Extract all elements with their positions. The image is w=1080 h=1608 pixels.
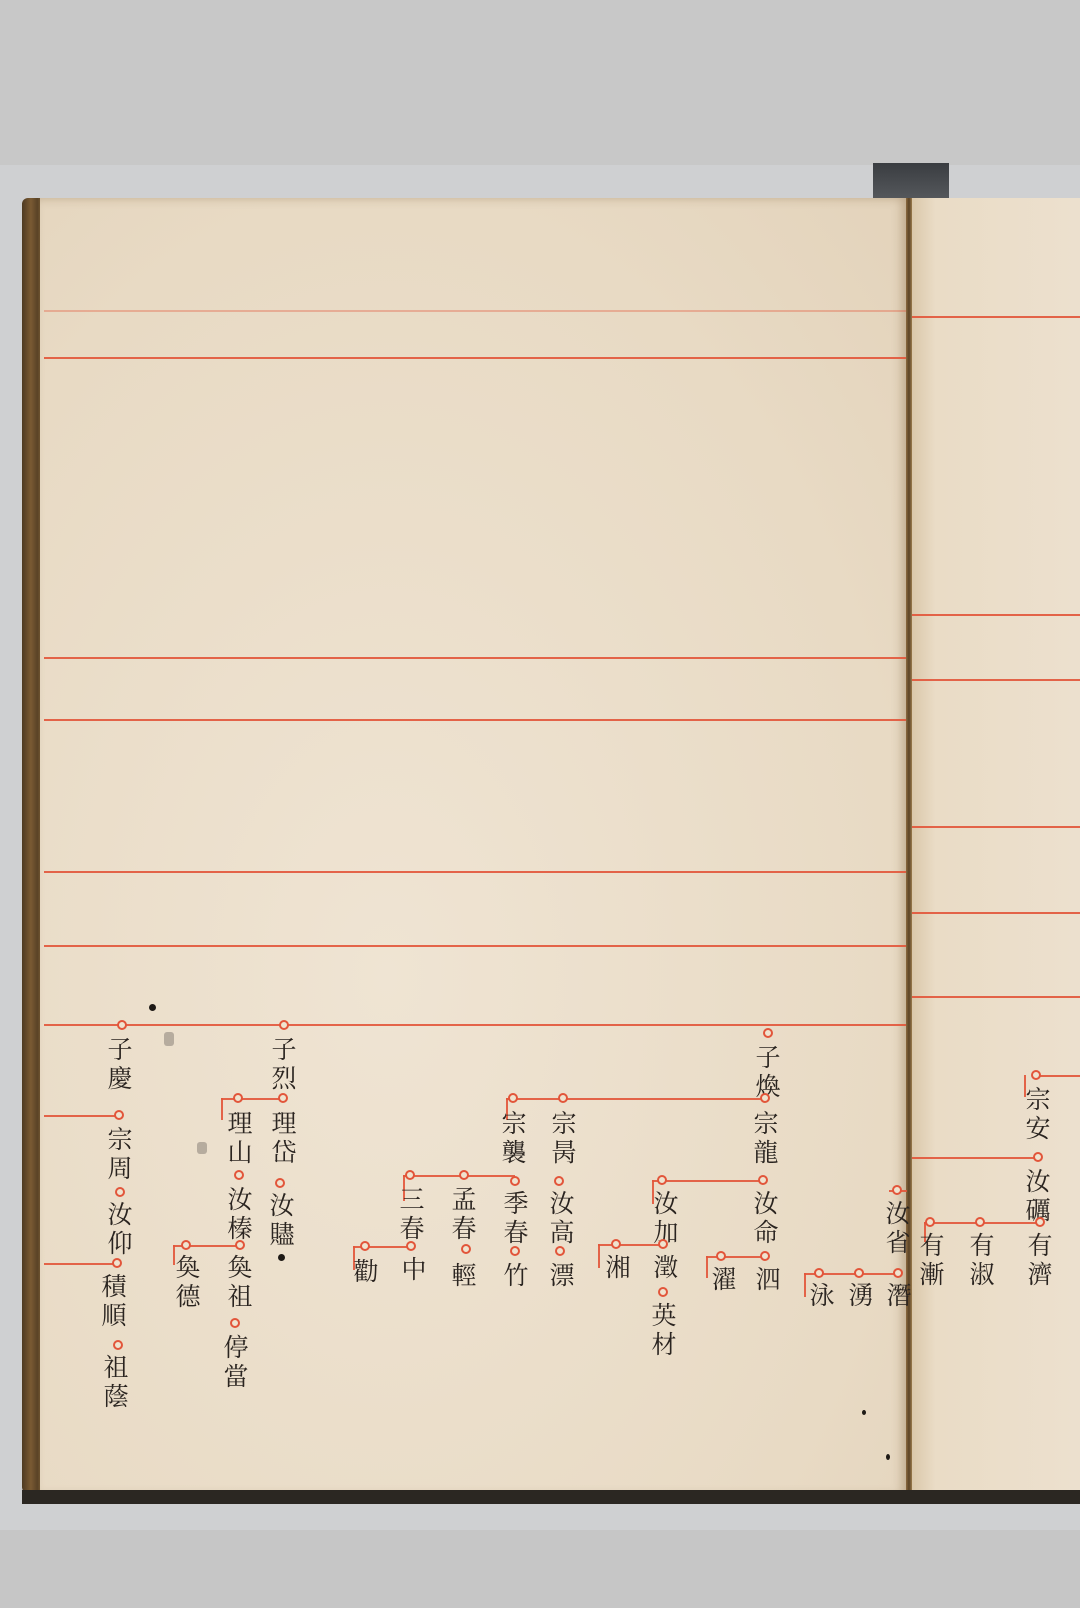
person-name: 有淑	[968, 1232, 993, 1290]
person-name: 宗龍	[752, 1110, 777, 1168]
node	[233, 1093, 243, 1103]
ruled-line	[44, 871, 906, 873]
node	[360, 1241, 370, 1251]
connector	[44, 1263, 116, 1265]
person-name: 汝高	[548, 1190, 573, 1248]
node	[760, 1093, 770, 1103]
connector	[1036, 1075, 1080, 1077]
node	[508, 1093, 518, 1103]
node	[658, 1239, 668, 1249]
connector	[598, 1244, 664, 1246]
ink-smudge	[164, 1032, 174, 1046]
ink-dot	[862, 1410, 866, 1415]
person-name: 子慶	[106, 1036, 131, 1094]
node	[510, 1176, 520, 1186]
node	[234, 1170, 244, 1180]
node	[117, 1020, 127, 1030]
person-name: 奐祖	[226, 1254, 251, 1312]
ruled-line	[912, 826, 1080, 828]
person-name: 濯	[710, 1266, 735, 1295]
ink-dot	[886, 1454, 890, 1460]
person-name: 理山	[226, 1110, 251, 1168]
person-name: 宗安	[1024, 1086, 1049, 1144]
person-name: 湘	[604, 1254, 629, 1283]
person-name: 祖蔭	[102, 1354, 127, 1412]
person-name: 有漸	[918, 1232, 943, 1290]
node	[278, 1093, 288, 1103]
person-name: 汝省	[884, 1200, 909, 1258]
person-name: 季春	[502, 1190, 527, 1248]
connector	[221, 1098, 223, 1120]
node	[558, 1093, 568, 1103]
ruled-line	[912, 679, 1080, 681]
person-name: 中	[400, 1256, 425, 1285]
node	[230, 1318, 240, 1328]
person-name: 勸	[352, 1258, 377, 1287]
node	[716, 1251, 726, 1261]
node	[405, 1170, 415, 1180]
node	[1035, 1217, 1045, 1227]
node	[975, 1217, 985, 1227]
connector	[652, 1180, 764, 1182]
person-name: 宗襲	[500, 1110, 525, 1168]
node	[181, 1240, 191, 1250]
connector	[506, 1098, 764, 1100]
ruled-line	[912, 614, 1080, 616]
node	[814, 1268, 824, 1278]
node	[760, 1251, 770, 1261]
person-name: 有濟	[1026, 1232, 1051, 1290]
node	[555, 1246, 565, 1256]
person-name: 停當	[222, 1334, 247, 1392]
book-clip	[873, 163, 949, 199]
person-name: 潛	[885, 1282, 910, 1311]
node	[113, 1340, 123, 1350]
generation-line	[44, 1024, 906, 1026]
node	[115, 1187, 125, 1197]
node	[406, 1241, 416, 1251]
node	[459, 1170, 469, 1180]
ink-smudge	[197, 1142, 207, 1154]
person-name: 宗周	[106, 1126, 131, 1184]
person-name: 汝贐	[268, 1192, 293, 1250]
ink-dot	[149, 1004, 156, 1011]
ruled-line	[912, 996, 1080, 998]
person-name: 英材	[650, 1302, 675, 1360]
node	[275, 1178, 285, 1188]
node	[114, 1110, 124, 1120]
ruled-line	[44, 657, 906, 659]
ruled-line	[912, 316, 1080, 318]
person-name: 理岱	[270, 1110, 295, 1168]
node	[763, 1028, 773, 1038]
backdrop-bottom	[0, 1530, 1080, 1608]
person-name: 汝命	[752, 1190, 777, 1248]
person-name: 子烈	[270, 1036, 295, 1094]
connector	[221, 1098, 281, 1100]
ruled-line	[44, 945, 906, 947]
connector	[44, 1115, 118, 1117]
ruled-line	[44, 719, 906, 721]
node	[235, 1240, 245, 1250]
person-name: 三春	[398, 1186, 423, 1244]
node	[657, 1175, 667, 1185]
person-name: 奐德	[174, 1254, 199, 1312]
person-name: 湧	[847, 1282, 872, 1311]
node	[758, 1175, 768, 1185]
node	[893, 1268, 903, 1278]
ruled-line	[44, 357, 906, 359]
node	[854, 1268, 864, 1278]
book-shadow	[22, 1490, 1080, 1504]
node	[658, 1287, 668, 1297]
node	[554, 1176, 564, 1186]
ruled-line	[44, 310, 906, 312]
person-name: 竹	[502, 1262, 527, 1291]
ruled-line	[912, 912, 1080, 914]
person-name: 孟春	[450, 1186, 475, 1244]
person-name: 泳	[808, 1282, 833, 1311]
person-name: 漂	[548, 1262, 573, 1291]
connector	[598, 1244, 600, 1268]
person-name: 輕	[450, 1262, 475, 1291]
ink-dot	[278, 1254, 285, 1261]
person-name: 積順	[100, 1273, 125, 1331]
node	[461, 1244, 471, 1254]
node	[112, 1258, 122, 1268]
node	[510, 1246, 520, 1256]
person-name: 澂	[652, 1254, 677, 1283]
person-name: 汝榛	[226, 1186, 251, 1244]
person-name: 宗昺	[550, 1110, 575, 1168]
node	[1033, 1152, 1043, 1162]
node	[925, 1217, 935, 1227]
connector	[706, 1256, 764, 1258]
node	[892, 1185, 902, 1195]
node	[279, 1020, 289, 1030]
person-name: 泗	[754, 1266, 779, 1295]
person-name: 汝仰	[106, 1201, 131, 1259]
left-page	[40, 198, 908, 1496]
node	[1031, 1070, 1041, 1080]
node	[611, 1239, 621, 1249]
right-page	[910, 198, 1080, 1496]
backdrop-top	[0, 0, 1080, 165]
connector	[912, 1157, 1038, 1159]
